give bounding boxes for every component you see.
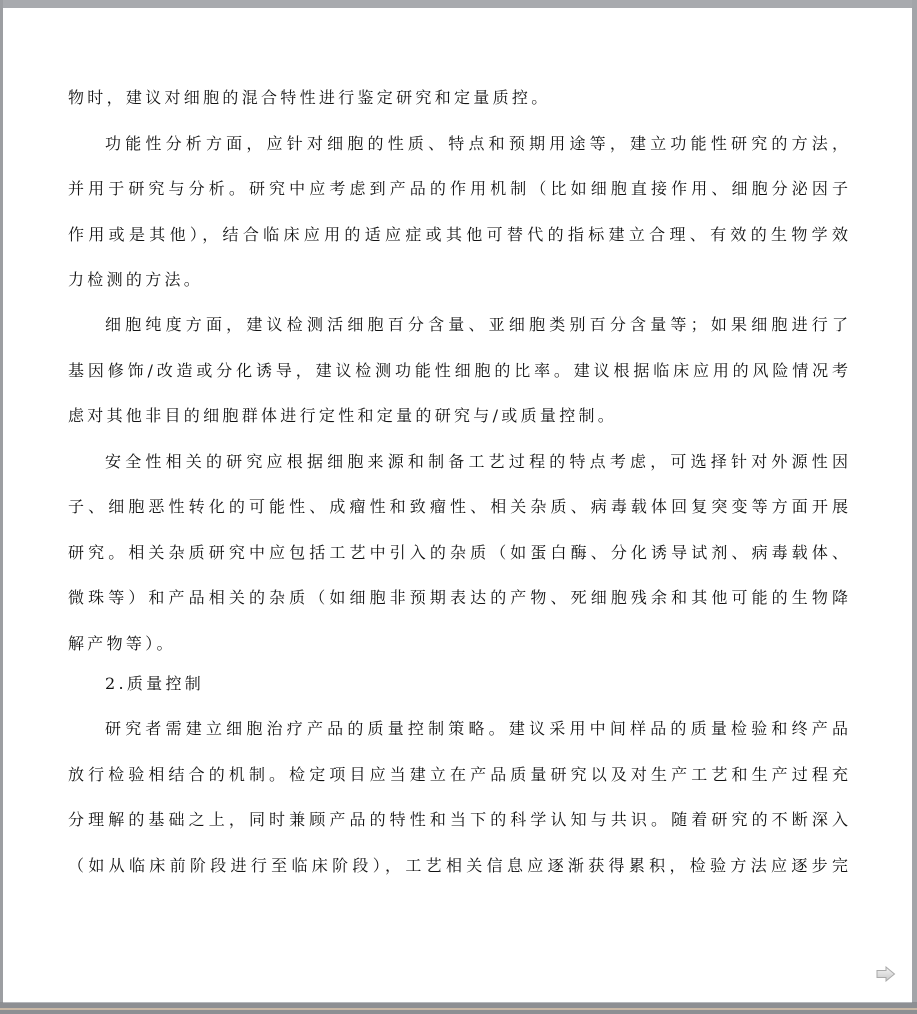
text-line: 基因修饰/改造或分化诱导，建议检测功能性细胞的比率。建议根据临床应用的风险情况考 bbox=[68, 361, 848, 381]
text-line: 放行检验相结合的机制。检定项目应当建立在产品质量研究以及对生产工艺和生产过程充 bbox=[68, 765, 848, 785]
text-line: 子、细胞恶性转化的可能性、成瘤性和致瘤性、相关杂质、病毒载体回复突变等方面开展 bbox=[68, 497, 848, 517]
window-frame-bottom bbox=[0, 1002, 917, 1014]
arrow-right-icon bbox=[876, 966, 896, 982]
text-line: 解产物等）。 bbox=[68, 634, 848, 654]
text-line: 微珠等）和产品相关的杂质（如细胞非预期表达的产物、死细胞残余和其他可能的生物降 bbox=[68, 588, 848, 608]
text-line: 力检测的方法。 bbox=[68, 270, 848, 290]
window-frame-right bbox=[912, 0, 917, 1014]
text-line: 细胞纯度方面，建议检测活细胞百分含量、亚细胞类别百分含量等；如果细胞进行了 bbox=[105, 315, 848, 335]
section-heading: 2.质量控制 bbox=[105, 674, 848, 694]
text-line: 并用于研究与分析。研究中应考虑到产品的作用机制（比如细胞直接作用、细胞分泌因子 bbox=[68, 179, 848, 199]
text-line: 功能性分析方面，应针对细胞的性质、特点和预期用途等，建立功能性研究的方法， bbox=[105, 134, 848, 154]
frame-stripe bbox=[0, 1008, 917, 1010]
text-line: 分理解的基础之上，同时兼顾产品的特性和当下的科学认知与共识。随着研究的不断深入 bbox=[68, 810, 848, 830]
text-line: 作用或是其他），结合临床应用的适应症或其他可替代的指标建立合理、有效的生物学效 bbox=[68, 225, 848, 245]
next-page-button[interactable] bbox=[876, 966, 896, 982]
text-line: （如从临床前阶段进行至临床阶段），工艺相关信息应逐渐获得累积，检验方法应逐步完 bbox=[68, 856, 848, 876]
window-frame-top bbox=[0, 0, 917, 8]
text-line: 安全性相关的研究应根据细胞来源和制备工艺过程的特点考虑，可选择针对外源性因 bbox=[105, 452, 848, 472]
text-line: 物时，建议对细胞的混合特性进行鉴定研究和定量质控。 bbox=[68, 88, 848, 108]
document-page: 物时，建议对细胞的混合特性进行鉴定研究和定量质控。功能性分析方面，应针对细胞的性… bbox=[3, 8, 912, 1003]
text-line: 研究者需建立细胞治疗产品的质量控制策略。建议采用中间样品的质量检验和终产品 bbox=[105, 719, 848, 739]
text-line: 虑对其他非目的细胞群体进行定性和定量的研究与/或质量控制。 bbox=[68, 406, 848, 426]
text-line: 研究。相关杂质研究中应包括工艺中引入的杂质（如蛋白酶、分化诱导试剂、病毒载体、 bbox=[68, 543, 848, 563]
